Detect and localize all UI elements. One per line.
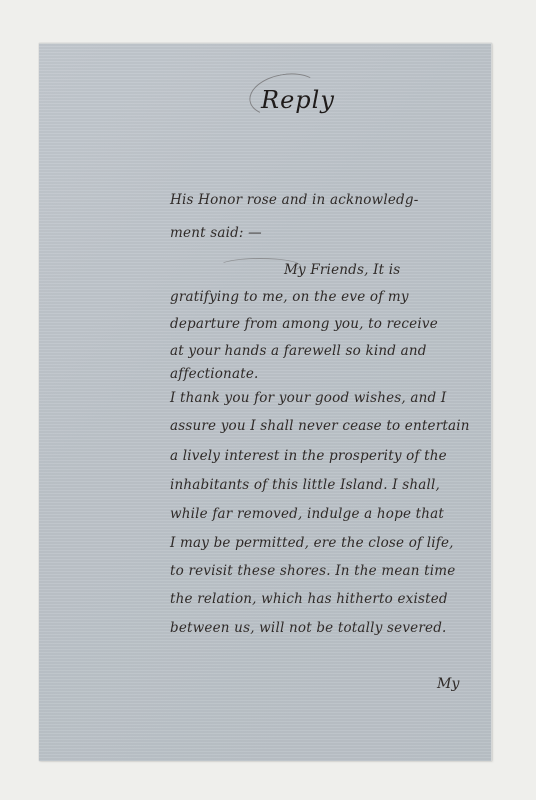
letter-line-15: the relation, which has hitherto existed	[170, 591, 490, 607]
letter-line-9: assure you I shall never cease to entert…	[170, 418, 490, 434]
letter-line-12: while far removed, indulge a hope that	[170, 506, 490, 522]
letter-line-11: inhabitants of this little Island. I sha…	[170, 477, 490, 493]
letter-page: Reply His Honor rose and in acknowledg- …	[39, 43, 492, 761]
letter-line-2: ment said: —	[170, 225, 490, 241]
letter-line-8: I thank you for your good wishes, and I	[170, 390, 490, 406]
letter-line-13: I may be permitted, ere the close of lif…	[170, 535, 490, 551]
letter-title: Reply	[261, 86, 335, 114]
letter-line-10: a lively interest in the prosperity of t…	[170, 448, 490, 464]
letter-line-6: at your hands a farewell so kind and	[170, 343, 490, 359]
letter-line-5: departure from among you, to receive	[170, 316, 490, 332]
letter-line-16: between us, will not be totally severed.	[170, 620, 490, 636]
letter-line-1: His Honor rose and in acknowledg-	[170, 192, 490, 208]
letter-line-14: to revisit these shores. In the mean tim…	[170, 563, 490, 579]
letter-line-4: gratifying to me, on the eve of my	[170, 289, 490, 305]
salutation-flourish	[219, 258, 301, 274]
salutation-line: My Friends, It is	[284, 262, 536, 278]
catchword: My	[437, 676, 460, 692]
letter-line-7: affectionate.	[170, 366, 490, 382]
